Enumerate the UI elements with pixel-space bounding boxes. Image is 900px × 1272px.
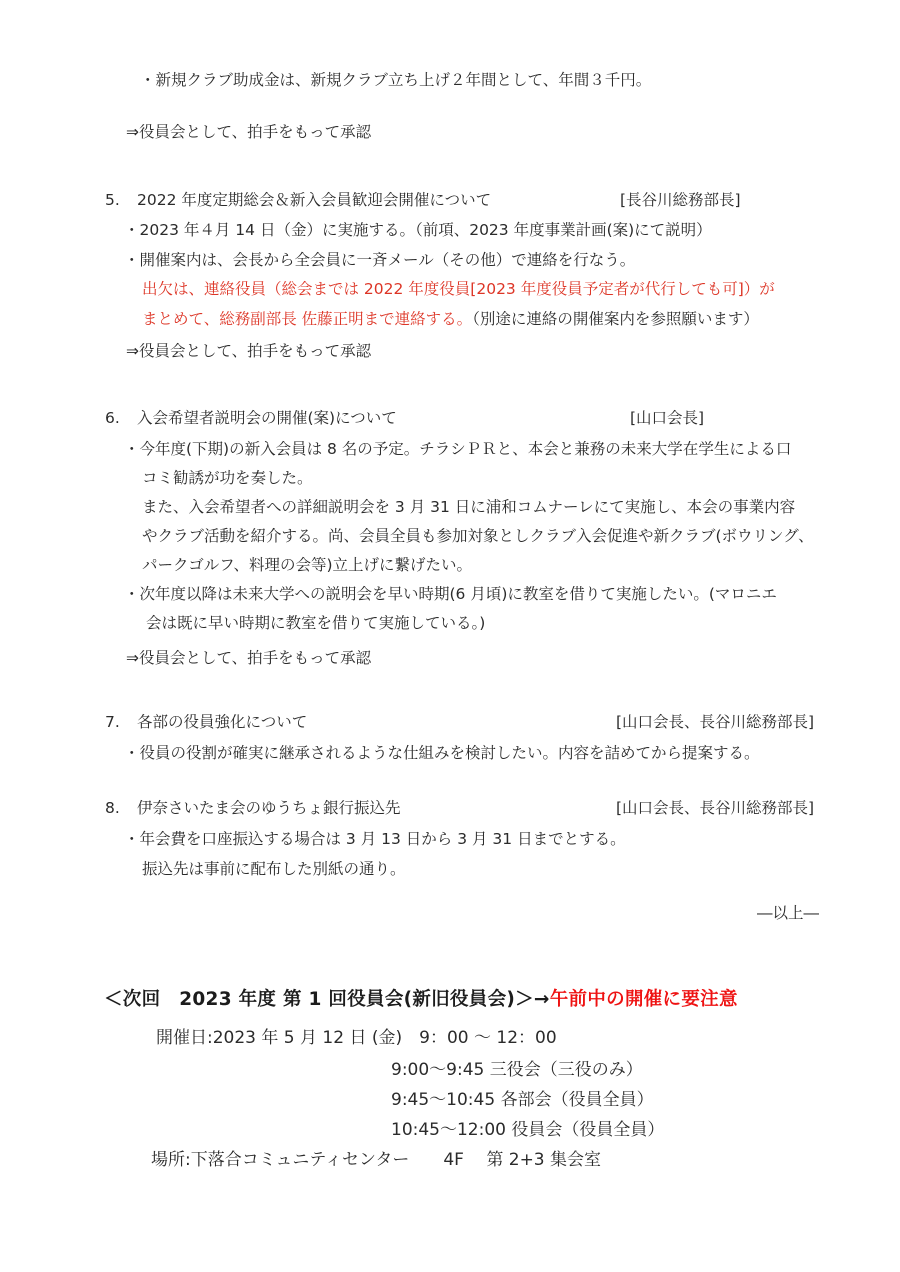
item7-number: 7.: [105, 712, 137, 733]
item6-bullet1-line5: パークゴルフ、料理の会等)立上げに繋げたい。: [142, 555, 472, 576]
next-meeting-heading-black: ＜次回 2023 年度 第 1 回役員会(新旧役員会)＞→: [104, 989, 550, 1010]
item5-attribution: [長谷川総務部長]: [620, 190, 741, 211]
item6-title: 入会希望者説明会の開催(案)について: [137, 409, 397, 427]
grant-bullet: ・新規クラブ助成金は、新規クラブ立ち上げ２年間として、年間３千円。: [140, 70, 651, 91]
closing-mark: ―以上―: [757, 903, 819, 924]
approval-note-1: ⇒役員会として、拍手をもって承認: [126, 122, 371, 143]
item7-attribution: [山口会長、長谷川総務部長]: [616, 712, 814, 733]
next-meeting-heading: ＜次回 2023 年度 第 1 回役員会(新旧役員会)＞→午前中の開催に要注意: [104, 989, 738, 1010]
item6-bullet1-line2: コミ勧誘が功を奏した。: [142, 468, 313, 489]
item5-red-note-line-2: まとめて、総務副部長 佐藤正明まで連絡する。（別途に連絡の開催案内を参照願います…: [142, 309, 759, 330]
item8-bullet-1: ・年会費を口座振込する場合は 3 月 13 日から 3 月 31 日までとする。: [124, 829, 626, 850]
item5-red-note-suffix: （別途に連絡の開催案内を参照願います）: [472, 310, 759, 328]
item5-bullet-1: ・2023 年４月 14 日（金）に実施する。（前項、2023 年度事業計画(案…: [124, 220, 712, 241]
item6-bullet1-line3: また、入会希望者への詳細説明会を 3 月 31 日に浦和コムナーレにて実施し、本…: [142, 497, 795, 518]
item7-header: 7.各部の役員強化について: [105, 712, 307, 733]
next-meeting-date: 開催日:2023 年 5 月 12 日 (金) 9：00 ～ 12：00: [156, 1028, 557, 1049]
item8-title: 伊奈さいたま会のゆうちょ銀行振込先: [137, 799, 401, 817]
item8-header: 8.伊奈さいたま会のゆうちょ銀行振込先: [105, 798, 401, 819]
next-meeting-heading-red: 午前中の開催に要注意: [550, 989, 738, 1010]
item8-line-2: 振込先は事前に配布した別紙の通り。: [142, 859, 406, 880]
approval-note-3: ⇒役員会として、拍手をもって承認: [126, 648, 371, 669]
item8-number: 8.: [105, 798, 137, 819]
item6-bullet1-line1: ・今年度(下期)の新入会員は 8 名の予定。チラシＰＲと、本会と兼務の未来大学在…: [124, 439, 791, 460]
item6-attribution: [山口会長]: [630, 408, 704, 429]
item7-bullet-1: ・役員の役割が確実に継承されるような仕組みを検討したい。内容を詰めてから提案する…: [124, 743, 760, 764]
item5-number: 5.: [105, 190, 137, 211]
next-meeting-location: 場所:下落合コミュニティセンター 4F 第 2+3 集会室: [151, 1150, 601, 1171]
item7-title: 各部の役員強化について: [137, 713, 307, 731]
item5-header: 5.2022 年度定期総会＆新入会員歓迎会開催について: [105, 190, 491, 211]
item6-bullet2-line2: 会は既に早い時期に教室を借りて実施している。): [146, 613, 485, 634]
approval-note-2: ⇒役員会として、拍手をもって承認: [126, 341, 371, 362]
item5-red-note-text: まとめて、総務副部長 佐藤正明まで連絡する。: [142, 310, 472, 328]
item6-bullet1-line4: やクラブ活動を紹介する。尚、会員全員も参加対象としクラブ入会促進や新クラブ(ボウ…: [142, 526, 814, 547]
next-meeting-slot-2: 9:45～10:45 各部会（役員全員）: [391, 1090, 654, 1111]
next-meeting-slot-1: 9:00～9:45 三役会（三役のみ）: [391, 1060, 643, 1081]
item6-bullet2-line1: ・次年度以降は未来大学への説明会を早い時期(6 月頃)に教室を借りて実施したい。…: [124, 584, 777, 605]
item5-title: 2022 年度定期総会＆新入会員歓迎会開催について: [137, 191, 491, 209]
document-page: ・新規クラブ助成金は、新規クラブ立ち上げ２年間として、年間３千円。 ⇒役員会とし…: [0, 0, 900, 1272]
item5-red-note-line-1: 出欠は、連絡役員（総会までは 2022 年度役員[2023 年度役員予定者が代行…: [142, 279, 775, 300]
item5-bullet-2: ・開催案内は、会長から全会員に一斉メール（その他）で連絡を行なう。: [124, 250, 635, 271]
item6-header: 6.入会希望者説明会の開催(案)について: [105, 408, 397, 429]
item6-number: 6.: [105, 408, 137, 429]
item8-attribution: [山口会長、長谷川総務部長]: [616, 798, 814, 819]
next-meeting-slot-3: 10:45～12:00 役員会（役員全員）: [391, 1120, 664, 1141]
